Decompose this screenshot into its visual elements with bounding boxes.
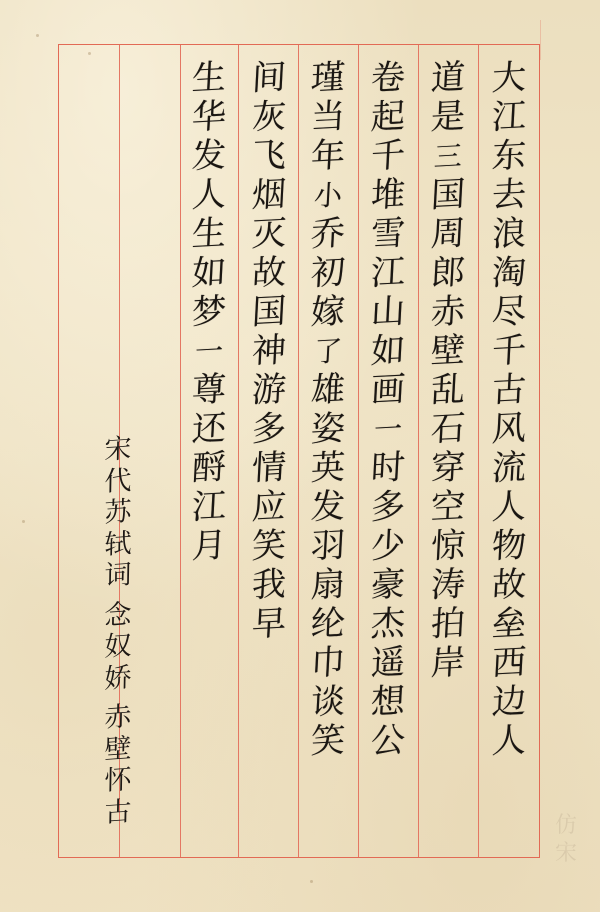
calligraphy-character: 梦 (191, 292, 227, 333)
calligraphy-character: 尊 (191, 370, 227, 411)
calligraphy-character: 灭 (251, 214, 287, 255)
column-text: 卷起千堆雪江山如画一时多少豪杰遥想公 (371, 59, 405, 761)
calligraphy-character: 郎 (430, 253, 466, 294)
calligraphy-character: 流 (491, 448, 527, 489)
calligraphy-character: 灰 (251, 97, 287, 138)
calligraphy-character: 人 (491, 721, 527, 762)
calligraphy-character: 少 (370, 526, 406, 567)
attribution-character: 词 (104, 559, 132, 592)
manuscript-sheet: 大江东去浪淘尽千古风流人物故垒西边人道是三国周郎赤壁乱石穿空惊涛拍岸卷起千堆雪江… (0, 0, 600, 912)
calligraphy-character: 垒 (491, 604, 527, 645)
calligraphy-character: 如 (191, 253, 227, 294)
paper-speck (22, 520, 25, 523)
calligraphy-character: 风 (491, 409, 527, 450)
calligraphy-character: 雪 (370, 214, 406, 255)
calligraphy-character: 酹 (191, 448, 227, 489)
calligraphy-character: 神 (251, 331, 287, 372)
grid-column-5: 间灰飞烟灭故国神游多情应笑我早 (238, 45, 298, 857)
calligraphy-character: 千 (370, 136, 406, 177)
column-text: 生华发人生如梦一尊还酹江月 (192, 59, 226, 566)
calligraphy-character: 是 (430, 97, 466, 138)
calligraphy-character: 江 (191, 487, 227, 528)
calligraphy-character: 西 (491, 643, 527, 684)
calligraphy-character: 多 (251, 409, 287, 450)
calligraphy-character: 江 (491, 97, 527, 138)
calligraphy-character: 时 (370, 448, 406, 489)
calligraphy-character: 笑 (310, 721, 346, 762)
calligraphy-character: 杰 (370, 604, 406, 645)
attribution-character: 宋 (104, 433, 132, 466)
calligraphy-character: 大 (491, 58, 527, 99)
calligraphy-character: 嫁 (310, 292, 346, 333)
attribution-character: 苏 (104, 496, 132, 529)
calligraphy-character: 间 (251, 58, 287, 99)
calligraphy-character: 英 (310, 448, 346, 489)
paper-speck (36, 34, 39, 37)
calligraphy-character: 巾 (310, 643, 346, 684)
calligraphy-character: 尽 (491, 292, 527, 333)
calligraphy-character: 人 (191, 175, 227, 216)
faint-stamp-mark: 仿宋 (536, 812, 596, 904)
calligraphy-character: 烟 (251, 175, 287, 216)
paper-crease (540, 20, 541, 60)
calligraphy-character: 飞 (251, 136, 287, 177)
calligraphy-character: 雄 (310, 370, 346, 411)
attribution-character: 奴 (104, 630, 132, 663)
calligraphy-character: 卷 (370, 58, 406, 99)
calligraphy-character: 情 (251, 448, 287, 489)
column-text: 瑾当年小乔初嫁了雄姿英发羽扇纶巾谈笑 (311, 59, 345, 761)
calligraphy-character: 东 (491, 136, 527, 177)
calligraphy-character: 壁 (430, 331, 466, 372)
calligraphy-character: 应 (251, 487, 287, 528)
calligraphy-character: 山 (370, 292, 406, 333)
calligraphy-character: 故 (491, 565, 527, 606)
calligraphy-character: 当 (310, 97, 346, 138)
calligraphy-character: 浪 (491, 214, 527, 255)
grid-column-1: 大江东去浪淘尽千古风流人物故垒西边人 (478, 45, 539, 857)
calligraphy-character: 了 (313, 331, 343, 371)
calligraphy-character: 一 (373, 409, 403, 449)
attribution-character: 赤 (104, 701, 132, 734)
calligraphy-character: 涛 (430, 565, 466, 606)
calligraphy-character: 石 (430, 409, 466, 450)
calligraphy-character: 发 (310, 487, 346, 528)
calligraphy-character: 堆 (370, 175, 406, 216)
calligraphy-character: 生 (191, 214, 227, 255)
calligraphy-character: 年 (310, 136, 346, 177)
grid-column-2: 道是三国周郎赤壁乱石穿空惊涛拍岸 (418, 45, 479, 857)
calligraphy-character: 画 (370, 370, 406, 411)
calligraphy-character: 三 (433, 136, 463, 176)
calligraphy-character: 华 (191, 97, 227, 138)
calligraphy-character: 瑾 (310, 58, 346, 99)
attribution-character: 古 (104, 796, 132, 829)
calligraphy-character: 国 (251, 292, 287, 333)
calligraphy-character: 边 (491, 682, 527, 723)
calligraphy-character: 豪 (370, 565, 406, 606)
calligraphy-character: 空 (430, 487, 466, 528)
calligraphy-character: 羽 (310, 526, 346, 567)
calligraphy-character: 扇 (310, 565, 346, 606)
calligraphy-character: 谈 (310, 682, 346, 723)
calligraphy-character: 月 (191, 526, 227, 567)
calligraphy-character: 初 (310, 253, 346, 294)
attribution-character: 壁 (104, 733, 132, 766)
calligraphy-character: 我 (251, 565, 287, 606)
calligraphy-character: 赤 (430, 292, 466, 333)
calligraphy-character: 去 (491, 175, 527, 216)
calligraphy-character: 岸 (430, 643, 466, 684)
calligraphy-character: 公 (370, 721, 406, 762)
paper-speck (310, 880, 313, 883)
calligraphy-character: 穿 (430, 448, 466, 489)
calligraphy-character: 还 (191, 409, 227, 450)
calligraphy-character: 江 (370, 253, 406, 294)
grid-column-3: 卷起千堆雪江山如画一时多少豪杰遥想公 (358, 45, 418, 857)
attribution-character: 代 (104, 465, 132, 498)
calligraphy-character: 起 (370, 97, 406, 138)
calligraphy-character: 道 (430, 58, 466, 99)
calligraphy-character: 多 (370, 487, 406, 528)
column-text: 道是三国周郎赤壁乱石穿空惊涛拍岸 (431, 59, 465, 683)
column-text: 间灰飞烟灭故国神游多情应笑我早 (252, 59, 286, 644)
calligraphy-character: 游 (251, 370, 287, 411)
calligraphy-character: 乔 (310, 214, 346, 255)
faint-mark-character: 宋 (536, 840, 596, 868)
calligraphy-character: 遥 (370, 643, 406, 684)
attribution-column: 宋代苏轼词念奴娇赤壁怀古 (105, 434, 132, 828)
calligraphy-character: 早 (251, 604, 287, 645)
calligraphy-character: 古 (491, 370, 527, 411)
faint-mark-character: 仿 (536, 812, 596, 840)
attribution-character: 念 (104, 599, 132, 632)
calligraphy-character: 发 (191, 136, 227, 177)
calligraphy-character: 人 (491, 487, 527, 528)
calligraphy-character: 姿 (310, 409, 346, 450)
calligraphy-character: 周 (430, 214, 466, 255)
attribution-character: 轼 (104, 528, 132, 561)
calligraphy-character: 国 (430, 175, 466, 216)
calligraphy-character: 淘 (491, 253, 527, 294)
calligraphy-character: 小 (313, 175, 343, 215)
calligraphy-character: 一 (194, 331, 224, 371)
attribution-character: 娇 (104, 662, 132, 695)
grid-column-6: 生华发人生如梦一尊还酹江月 (180, 45, 239, 857)
calligraphy-character: 笑 (251, 526, 287, 567)
calligraphy-character: 故 (251, 253, 287, 294)
calligraphy-character: 拍 (430, 604, 466, 645)
calligraphy-character: 物 (491, 526, 527, 567)
calligraphy-character: 惊 (430, 526, 466, 567)
grid-column-4: 瑾当年小乔初嫁了雄姿英发羽扇纶巾谈笑 (298, 45, 358, 857)
column-text: 大江东去浪淘尽千古风流人物故垒西边人 (492, 59, 526, 761)
calligraphy-character: 纶 (310, 604, 346, 645)
calligraphy-character: 生 (191, 58, 227, 99)
calligraphy-character: 想 (370, 682, 406, 723)
calligraphy-character: 乱 (430, 370, 466, 411)
calligraphy-character: 如 (370, 331, 406, 372)
paper-speck (88, 52, 91, 55)
calligraphy-character: 千 (491, 331, 527, 372)
attribution-character: 怀 (104, 764, 132, 797)
